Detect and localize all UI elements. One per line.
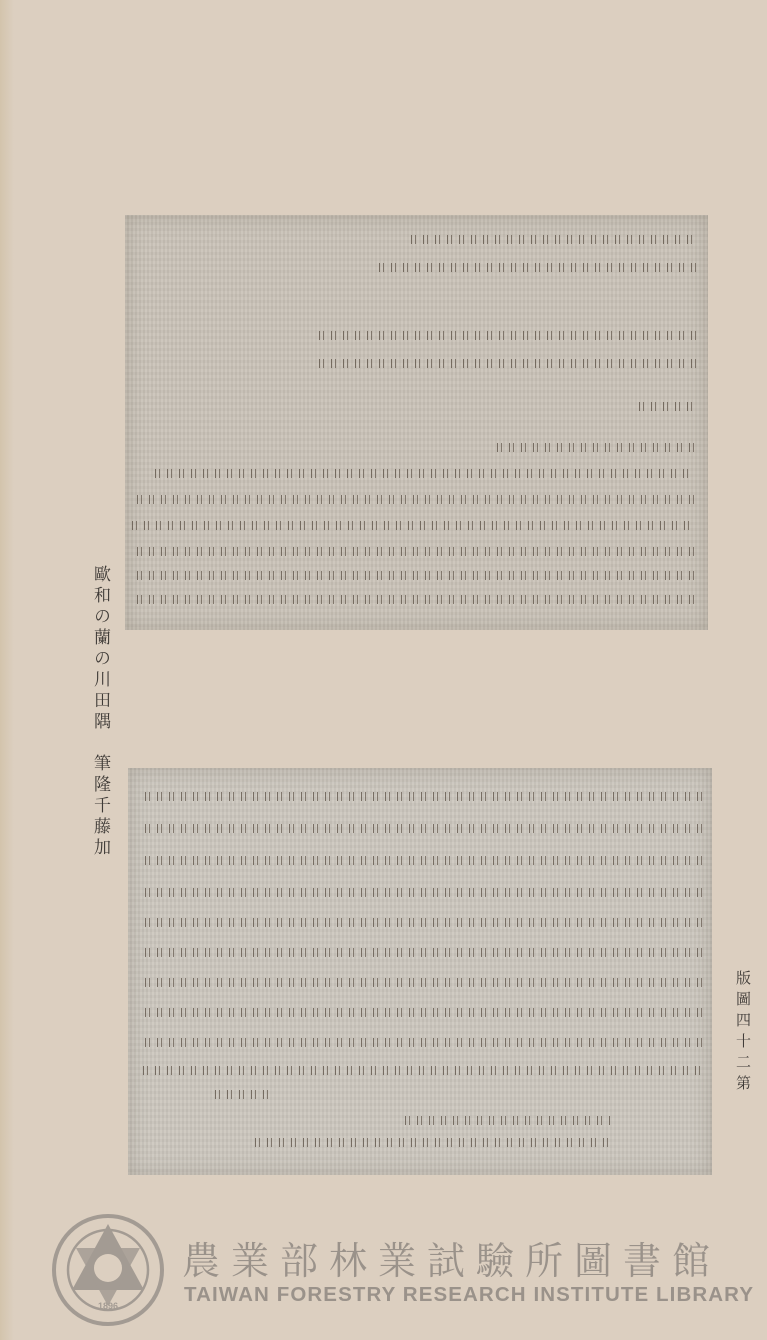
handwriting-line <box>142 1034 702 1053</box>
handwriting-line <box>134 491 694 510</box>
handwriting-line <box>142 852 702 871</box>
library-title-english: TAIWAN FORESTRY RESEARCH INSTITUTE LIBRA… <box>184 1283 754 1307</box>
handwriting-line <box>134 591 694 610</box>
handwriting-line <box>142 1004 702 1023</box>
handwriting-line <box>142 884 702 903</box>
handwriting-line <box>408 231 698 250</box>
handwriting-line <box>402 1112 612 1131</box>
handwriting-line <box>376 259 696 278</box>
letter-photo-bottom <box>128 768 712 1175</box>
handwriting-line <box>134 567 694 586</box>
handwriting-line <box>142 914 702 933</box>
handwriting-line <box>142 820 702 839</box>
handwriting-line <box>494 439 694 458</box>
handwriting-line <box>316 355 696 374</box>
plate-number: 版圖四十二第 <box>733 970 754 1096</box>
page-binding-edge <box>0 0 14 1340</box>
handwriting-line <box>142 788 702 807</box>
handwriting-line <box>142 974 702 993</box>
svg-text:1896: 1896 <box>98 1301 118 1311</box>
handwriting-line <box>212 1086 272 1105</box>
handwriting-line <box>134 543 694 562</box>
handwriting-line <box>252 1134 612 1153</box>
handwriting-line <box>636 398 696 417</box>
handwriting-line <box>152 465 692 484</box>
letter-photo-top <box>125 215 708 630</box>
handwriting-line <box>316 327 696 346</box>
library-title-chinese: 農業部林業試驗所圖書館 <box>182 1230 721 1285</box>
handwriting-line <box>129 517 694 536</box>
handwriting-line <box>140 1062 700 1081</box>
handwriting-line <box>142 944 702 963</box>
plate-caption: 歐和の蘭の川田隅 筆隆千藤加 <box>88 565 113 859</box>
forestry-institute-logo-icon: 1896 <box>44 1210 172 1330</box>
